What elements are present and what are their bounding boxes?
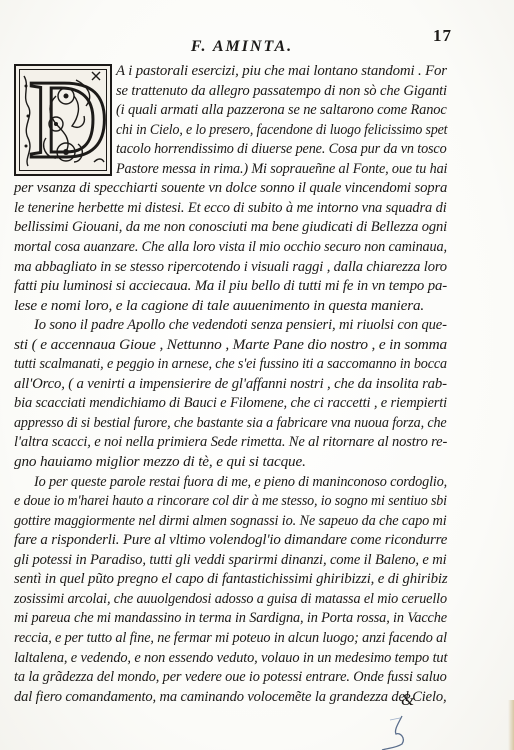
- text-line: l'altra scacci, e noi nella primiera Sed…: [14, 432, 447, 452]
- text-line: dal fiero comandamento, ma caminando vol…: [14, 687, 447, 707]
- text-line: se trattenuto da allegro passatempo di n…: [116, 81, 447, 101]
- text-line: zosissimi arcolai, che auuolgendosi ados…: [14, 589, 447, 609]
- drop-cap-letter: D: [28, 66, 104, 174]
- text-line: mortal cosa auanzare. Che alla loro vist…: [14, 237, 447, 257]
- text-line: sti ( e accennaua Gioue , Nettunno , Mar…: [14, 335, 447, 355]
- text-line: lese e nomi loro, e la cagione di tale a…: [14, 296, 424, 316]
- text-line: (i quali armati alla pazzerona se ne sal…: [116, 100, 447, 120]
- text-line: chi in Cielo, e lo presero, facendone di…: [116, 120, 447, 140]
- text-line: reccia, e per tutto al fine, ne fermar m…: [14, 628, 447, 648]
- text-line: Io per queste parole restai fuora di me,…: [34, 472, 447, 492]
- pen-mark-icon: [380, 712, 420, 750]
- text-line: tacolo horrendissimo di diuerse pene. Co…: [116, 139, 447, 159]
- text-line: bia scacciati mendichiamo di Bauci e Fil…: [14, 393, 447, 413]
- book-page: 17 F. AMINTA.: [0, 0, 514, 750]
- text-line: fatti piu luminosi si acciecaua. Ma il p…: [14, 276, 447, 296]
- text-line: Pastore messa in rima.) Mi sopraueñne al…: [116, 159, 447, 179]
- text-line: fare a risponderli. Pure al vltimo volen…: [14, 530, 447, 550]
- text-line: tutti scalmanati, e peggio in arnese, ch…: [14, 354, 447, 374]
- page-edge-stain: [508, 700, 514, 750]
- text-line: laltalena, e vedendo, e non essendo vedu…: [14, 648, 447, 668]
- text-line: le tenerine herbette mi distesi. Et ecco…: [14, 198, 447, 218]
- text-line: bellissimi Giouani, da me non conosciuti…: [14, 217, 447, 237]
- ornamental-initial: D: [14, 64, 112, 176]
- text-line: e doue io m'harei hauto a rincorare col …: [14, 491, 447, 511]
- text-line: gno hauiamo miglior mezzo di tè, e qui s…: [14, 452, 306, 472]
- text-line: all'Orco, ( a venirti a impensierire de …: [14, 374, 447, 394]
- text-line: ta la grãdezza del mondo, per vedere oue…: [14, 667, 447, 687]
- running-title: F. AMINTA.: [0, 38, 514, 56]
- catchword: &: [401, 690, 414, 710]
- text-line: mi pareua che mi mandassino in terma in …: [14, 608, 447, 628]
- text-line: ma abbagliato in se stesso ripercotendo …: [14, 257, 447, 277]
- text-line: appresso di si bestial furore, che basta…: [14, 413, 447, 433]
- text-line: A i pastorali esercizi, piu che mai lont…: [116, 61, 447, 81]
- text-line: gottire maggiormente nel dirmi almen sog…: [14, 511, 447, 531]
- text-line: sentì in quel pũto pregno el capo di fan…: [14, 569, 447, 589]
- text-line: Io sono il padre Apollo che vedendoti se…: [34, 315, 447, 335]
- text-line: gli potessi in Paradiso, tutti gli veddi…: [14, 550, 447, 570]
- text-line: per vsanza di specchiarti souente vn dol…: [14, 178, 447, 198]
